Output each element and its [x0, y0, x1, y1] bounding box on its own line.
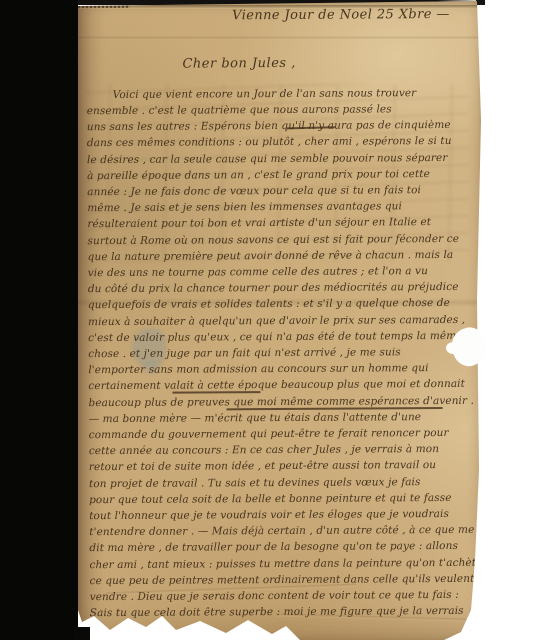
letter-line: chose . et j'en juge par un fait qui n'e… — [88, 346, 401, 360]
backdrop-black-corner — [74, 627, 90, 640]
letter-line: c'est de valoir plus qu'eux , ce qui n'a… — [88, 330, 463, 344]
letter-line: Voici que vient encore un Jour de l'an s… — [113, 87, 417, 101]
letter-line: uns sans les autres : Espérons bien qu'i… — [87, 119, 451, 133]
letter-line: mieux à souhaiter à quelqu'un que d'avoi… — [88, 314, 465, 328]
letter-line: t'entendre donner . — Mais déjà certain … — [89, 524, 474, 538]
letter-line: dans ces mêmes conditions : ou plutôt , … — [87, 135, 452, 149]
letter-line: tout l'honneur que je te voudrais voir e… — [89, 508, 449, 522]
letter-dateline: Vienne Jour de Noel 25 Xbre — — [232, 7, 450, 23]
handwriting-layer: Vienne Jour de Noel 25 Xbre — Cher bon J… — [76, 0, 484, 640]
letter-line: quelquefois de vrais et solides talents … — [88, 297, 450, 311]
underline-mark — [172, 391, 260, 393]
letter-line: Sais tu que cela doit être superbe : moi… — [90, 605, 464, 619]
letter-line: certainement valait à cette époque beauc… — [88, 378, 465, 392]
letter-line: dit ma mère , de travailler pour de la b… — [89, 540, 458, 554]
letter-line: cher ami , tant mieux : puisses tu mettr… — [89, 557, 482, 571]
letter-line: à pareille époque dans un an , c'est le … — [87, 168, 430, 182]
backdrop-black-left — [0, 0, 78, 640]
letter-line: le désires , car la seule cause qui me s… — [87, 152, 448, 166]
letter-line: résulteraient pour toi bon et vrai artis… — [87, 216, 431, 230]
letter-paper: Vienne Jour de Noel 25 Xbre — Cher bon J… — [76, 0, 484, 640]
tear-hole — [446, 342, 461, 354]
letter-line: du côté du prix la chance tourner pour d… — [88, 281, 459, 295]
letter-line: — ma bonne mère — m'écrit que tu étais d… — [89, 411, 422, 425]
letter-line: ce que peu de peintres mettent ordinaire… — [90, 573, 475, 587]
letter-line: pour que tout cela soit de la belle et b… — [89, 492, 452, 506]
backdrop-corner-speck — [476, 0, 485, 5]
letter-line: année : Je ne fais donc de vœux pour cel… — [87, 184, 421, 198]
letter-line: que la nature première peut avoir donné … — [88, 249, 454, 263]
photo-frame: Vienne Jour de Noel 25 Xbre — Cher bon J… — [0, 0, 560, 640]
letter-line: vie des uns ne tourne pas comme celle de… — [88, 265, 428, 279]
letter-line: ton projet de travail . Tu sais et tu de… — [89, 476, 421, 490]
letter-salutation: Cher bon Jules , — [182, 56, 295, 72]
underline-mark — [227, 407, 443, 410]
letter-line: commande du gouvernement qui peut-être t… — [89, 427, 449, 441]
letter-line: cette année au concours : En ce cas cher… — [89, 443, 439, 457]
letter-line: ensemble . c'est le quatrième que nous a… — [87, 103, 392, 117]
letter-line: vendre . Dieu que je serais donc content… — [90, 589, 459, 603]
letter-line: retour et toi de suite mon idée , et peu… — [89, 459, 436, 473]
letter-line: l'emporter sans mon admission au concour… — [88, 362, 428, 376]
letter-line: même . Je sais et je sens bien les immen… — [87, 200, 402, 214]
letter-line: surtout à Rome où on nous savons ce qui … — [87, 233, 459, 247]
